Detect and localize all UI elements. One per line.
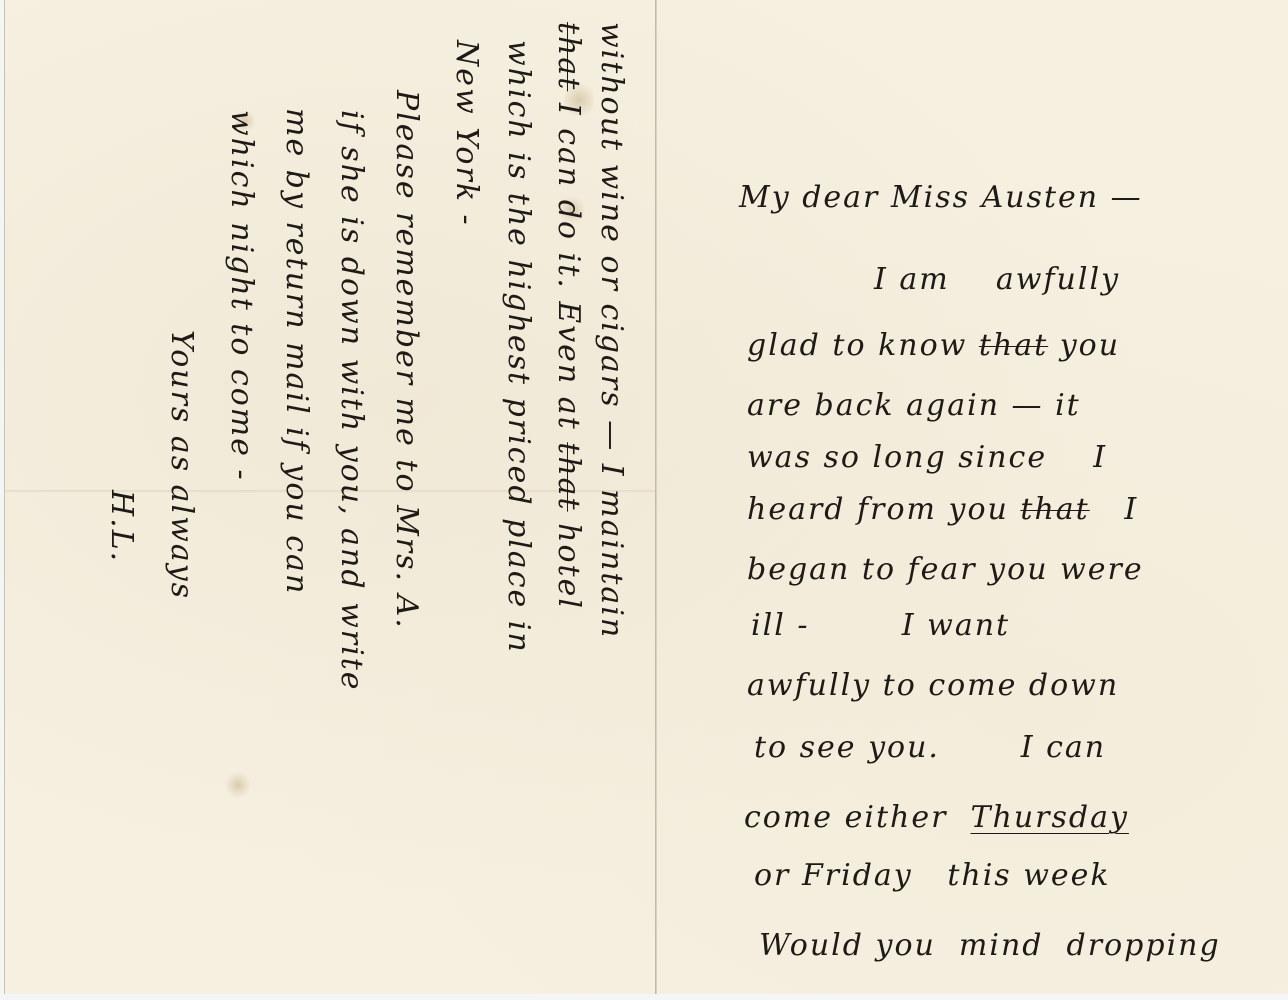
- left-line-2: that I can do it. Even at that hotel: [550, 22, 586, 610]
- line-text: hotel: [551, 512, 586, 610]
- struck-word: that: [551, 22, 586, 91]
- right-line-11: or Friday this week: [754, 858, 1111, 894]
- line-text: began to fear you were: [747, 552, 1144, 587]
- line-text: Please remember me to Mrs. A.: [389, 90, 424, 630]
- struck-word: that: [1020, 492, 1089, 527]
- right-line-7: ill - I want: [751, 608, 1010, 644]
- line-text: was so long since: [747, 440, 1047, 475]
- underlined-word: Thursday: [971, 800, 1129, 835]
- right-line-4: was so long since I: [747, 440, 1107, 476]
- left-line-8: which night to come -: [223, 110, 259, 482]
- line-text: I can do it. Even at: [551, 91, 586, 442]
- left-line-5: Please remember me to Mrs. A.: [388, 90, 424, 630]
- right-line-1: I am awfully: [874, 262, 1120, 298]
- right-line-5: heard from you that I: [747, 492, 1138, 528]
- left-line-3: which is the highest priced place in: [500, 40, 536, 654]
- signoff: Yours as always: [164, 330, 199, 600]
- line-text: come either: [744, 800, 971, 835]
- line-text: glad to know: [747, 328, 979, 363]
- signature: H.L.: [104, 490, 139, 563]
- left-page: without wine or cigars — I maintain that…: [4, 0, 655, 994]
- right-line-8: awfully to come down: [747, 668, 1119, 704]
- line-text: I: [1090, 492, 1138, 527]
- line-text: I can: [940, 730, 1106, 765]
- letter-scan: without wine or cigars — I maintain that…: [4, 0, 1288, 994]
- line-text: you: [1048, 328, 1120, 363]
- line-text: I: [1047, 440, 1107, 475]
- left-line-1: without wine or cigars — I maintain: [593, 22, 629, 639]
- line-text: ill -: [751, 608, 809, 643]
- line-text: without wine or cigars — I maintain: [594, 22, 629, 639]
- right-line-3: are back again — it: [747, 388, 1081, 424]
- left-line-6: if she is down with you, and write: [333, 110, 369, 692]
- line-text: Would you mind dropping: [759, 928, 1221, 963]
- line-text: awfully: [996, 262, 1120, 297]
- right-line-6: began to fear you were: [747, 552, 1144, 588]
- left-line-10: H.L.: [103, 490, 139, 563]
- left-line-7: me by return mail if you can: [278, 108, 314, 595]
- right-line-9: to see you. I can: [754, 730, 1106, 766]
- line-text: are back again — it: [747, 388, 1081, 423]
- left-line-4: New York -: [448, 40, 484, 227]
- line-text: to see you.: [754, 730, 940, 765]
- line-text: which is the highest priced place in: [501, 40, 536, 654]
- line-text: New York -: [449, 40, 484, 227]
- right-line-12: Would you mind dropping: [759, 928, 1221, 964]
- center-fold: [655, 0, 657, 994]
- line-text: me by return mail if you can: [279, 108, 314, 595]
- line-text: I am: [874, 262, 950, 297]
- line-text: I want: [809, 608, 1010, 643]
- right-page: My dear Miss Austen — I am awfully glad …: [659, 0, 1288, 994]
- salutation: My dear Miss Austen —: [739, 180, 1143, 216]
- right-line-2: glad to know that you: [747, 328, 1120, 364]
- line-text: heard from you: [747, 492, 1020, 527]
- line-text: which night to come -: [224, 110, 259, 482]
- line-text: awfully to come down: [747, 668, 1119, 703]
- line-text: if she is down with you, and write: [334, 110, 369, 692]
- right-line-10: come either Thursday: [744, 800, 1129, 836]
- struck-word: that: [979, 328, 1048, 363]
- struck-word: that: [551, 442, 586, 511]
- line-text: or Friday this week: [754, 858, 1111, 893]
- left-line-9: Yours as always: [163, 330, 199, 600]
